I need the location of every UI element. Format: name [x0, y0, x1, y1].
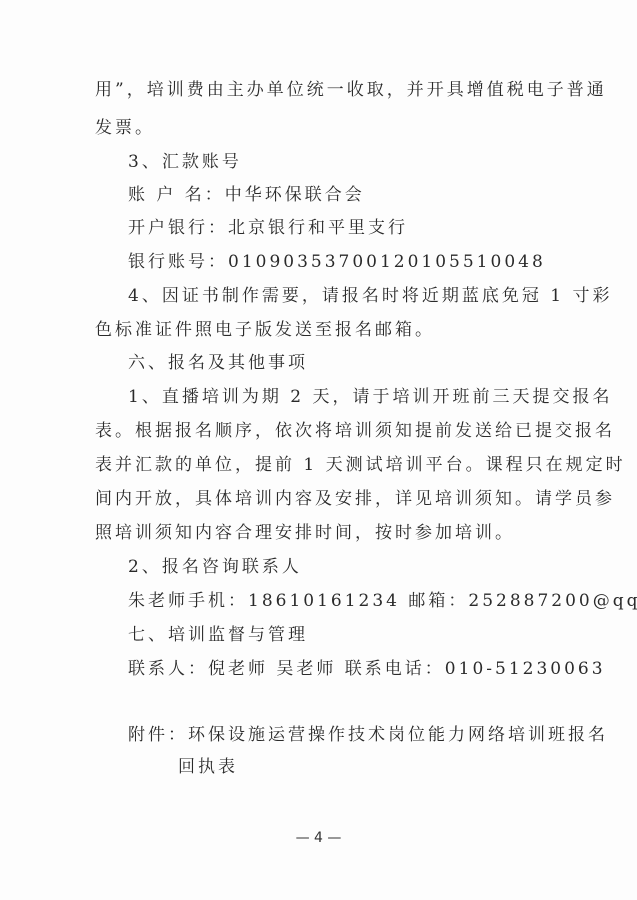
- body-text-line: 4、因证书制作需要，请报名时将近期蓝底免冠 1 寸彩: [128, 284, 612, 308]
- body-text-line: 表并汇款的单位，提前 1 天测试培训平台。课程只在规定时: [95, 453, 626, 477]
- account-name: 账 户 名：中华环保联合会: [128, 183, 365, 207]
- attachment-label: 附件：环保设施运营操作技术岗位能力网络培训班报名: [128, 723, 608, 747]
- body-text-line: 间内开放，具体培训内容及安排，详见培训须知。请学员参: [95, 487, 615, 511]
- section-heading: 六、报名及其他事项: [128, 351, 308, 375]
- attachment-label-continued: 回执表: [178, 755, 238, 779]
- contact-info: 朱老师手机：18610161234 邮箱：252887200@qq.com: [128, 589, 637, 613]
- section-heading: 2、报名咨询联系人: [128, 555, 302, 579]
- bank-name: 开户银行：北京银行和平里支行: [128, 216, 408, 240]
- body-text-line: 1、直播培训为期 2 天，请于培训开班前三天提交报名: [128, 385, 612, 409]
- section-heading: 3、汇款账号: [128, 150, 242, 174]
- document-page: 用”，培训费由主办单位统一收取，并开具增值税电子普通 发票。 3、汇款账号 账 …: [0, 0, 637, 900]
- contact-info: 联系人：倪老师 吴老师 联系电话：010-51230063: [128, 657, 606, 681]
- section-heading: 七、培训监督与管理: [128, 623, 308, 647]
- page-number: — 4 —: [0, 830, 637, 846]
- bank-account-number: 银行账号：01090353700120105510048: [128, 250, 546, 274]
- body-text-line: 表。根据报名顺序，依次将培训须知提前发送给已提交报名: [95, 419, 615, 443]
- body-text-line: 照培训须知内容合理安排时间，按时参加培训。: [95, 521, 515, 545]
- body-text-line: 色标准证件照电子版发送至报名邮箱。: [95, 318, 435, 342]
- body-text-line: 发票。: [95, 116, 155, 140]
- body-text-line: 用”，培训费由主办单位统一收取，并开具增值税电子普通: [95, 78, 607, 102]
